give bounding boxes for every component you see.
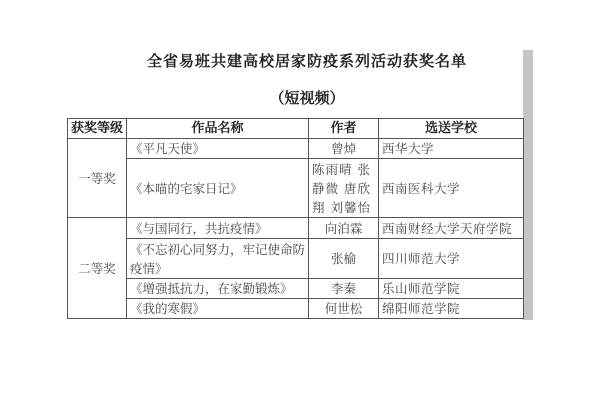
author: 张榆: [309, 239, 379, 279]
header-author: 作者: [309, 119, 379, 139]
author: 何世松: [309, 299, 379, 319]
table-row: 《本喵的宅家日记》 陈雨晴 张静微 唐欣翔 刘馨怡 西南医科大学: [68, 159, 524, 218]
work-title: 《平凡天使》: [127, 139, 309, 159]
table-row: 《增强抵抗力，在家勤锻炼》 李秦 乐山师范学院: [68, 279, 524, 299]
school: 西南医科大学: [379, 159, 524, 218]
school: 绵阳师范学院: [379, 299, 524, 319]
author: 曾焯: [309, 139, 379, 159]
header-work: 作品名称: [127, 119, 309, 139]
work-title: 《不忘初心同努力，牢记使命防疫情》: [127, 239, 309, 279]
award-level-first: 一等奖: [68, 139, 127, 218]
author: 陈雨晴 张静微 唐欣翔 刘馨怡: [309, 159, 379, 218]
work-title: 《本喵的宅家日记》: [127, 159, 309, 218]
table-row: 二等奖 《与国同行，共抗疫情》 向泊霖 西南财经大学天府学院: [68, 218, 524, 239]
document-subtitle: （短视频）: [0, 87, 600, 108]
table-row: 《不忘初心同努力，牢记使命防疫情》 张榆 四川师范大学: [68, 239, 524, 279]
school: 四川师范大学: [379, 239, 524, 279]
school: 西华大学: [379, 139, 524, 159]
award-level-second: 二等奖: [68, 218, 127, 319]
work-title: 《我的寒假》: [127, 299, 309, 319]
table-header-row: 获奖等级 作品名称 作者 选送学校: [68, 119, 524, 139]
school: 乐山师范学院: [379, 279, 524, 299]
work-title: 《增强抵抗力，在家勤锻炼》: [127, 279, 309, 299]
header-level: 获奖等级: [68, 119, 127, 139]
page-edge-shadow: [523, 50, 533, 320]
header-school: 选送学校: [379, 119, 524, 139]
author: 李秦: [309, 279, 379, 299]
awards-table: 获奖等级 作品名称 作者 选送学校 一等奖 《平凡天使》 曾焯 西华大学 《本喵…: [67, 118, 524, 319]
document-title: 全省易班共建高校居家防疫系列活动获奖名单: [0, 50, 600, 71]
author: 向泊霖: [309, 218, 379, 239]
table-row: 《我的寒假》 何世松 绵阳师范学院: [68, 299, 524, 319]
work-title: 《与国同行，共抗疫情》: [127, 218, 309, 239]
table-row: 一等奖 《平凡天使》 曾焯 西华大学: [68, 139, 524, 159]
school: 西南财经大学天府学院: [379, 218, 524, 239]
